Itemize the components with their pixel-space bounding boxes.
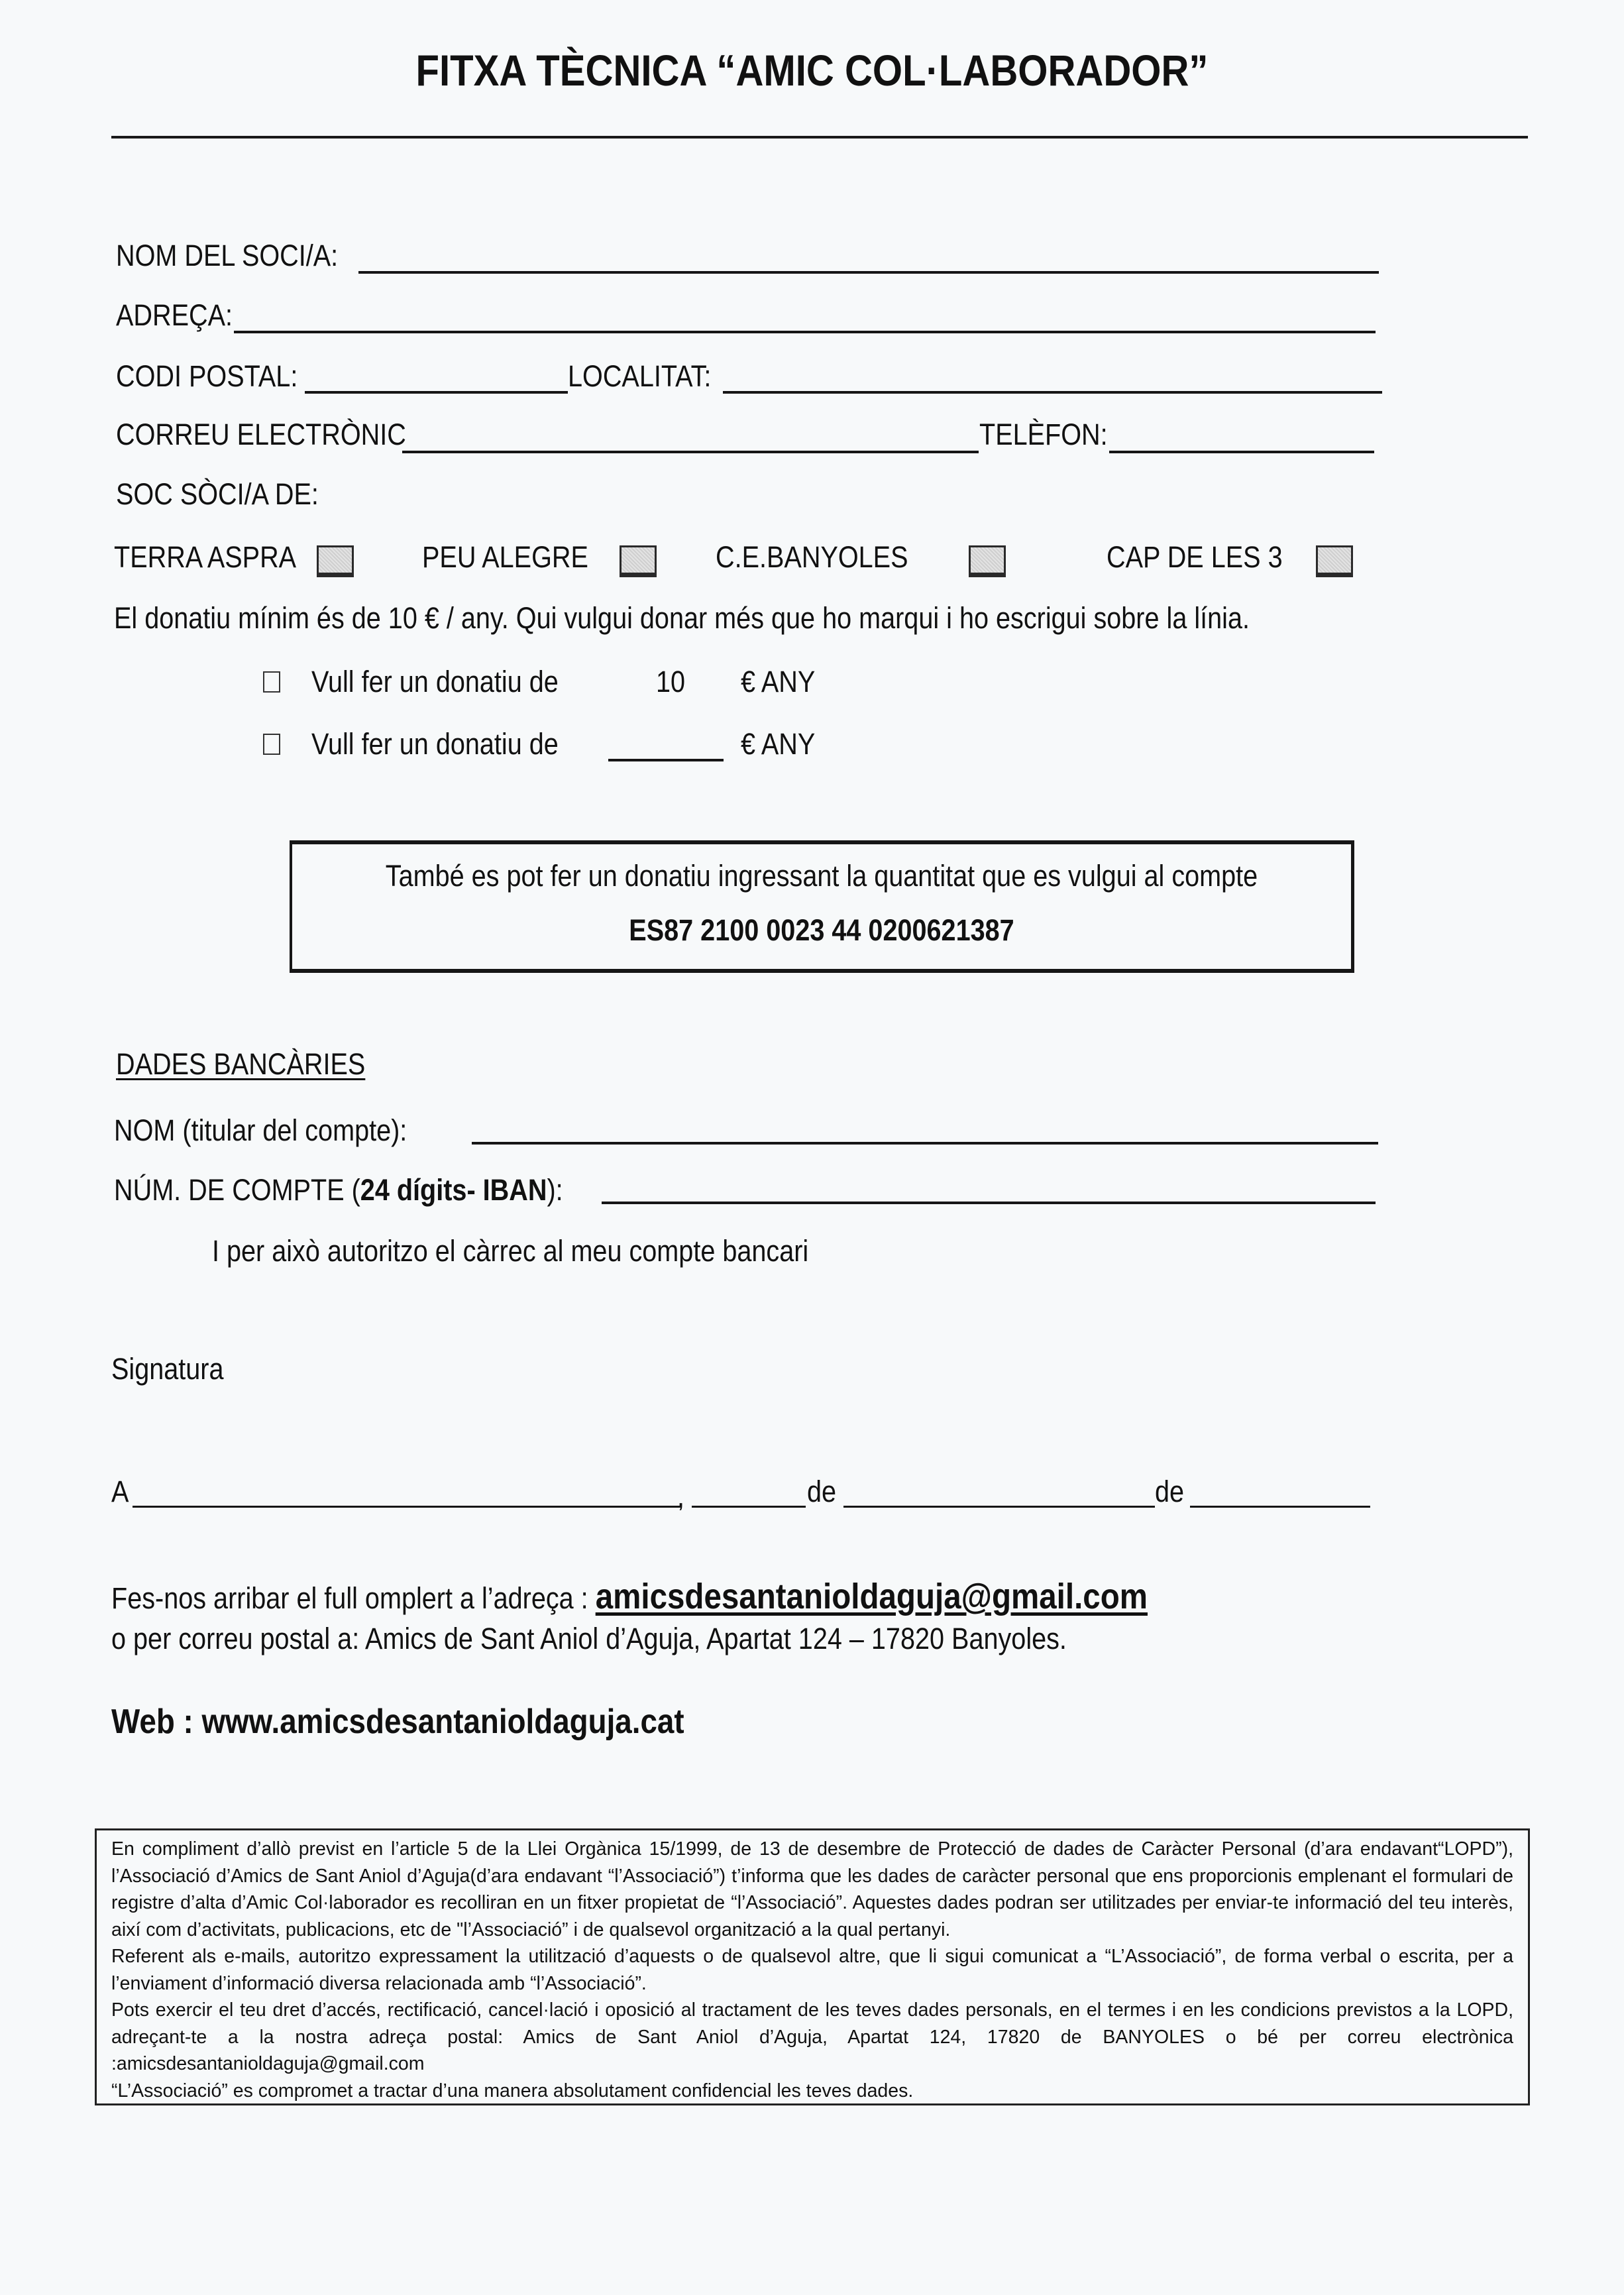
title-divider: [111, 136, 1528, 139]
transfer-info-box: També es pot fer un donatiu ingressant l…: [290, 840, 1354, 973]
address-field[interactable]: [234, 331, 1376, 333]
club-cap-de-les-3-label: CAP DE LES 3: [1107, 540, 1283, 575]
authorization-text: I per això autoritzo el càrrec al meu co…: [212, 1234, 808, 1268]
send-instructions: Fes-nos arribar el full omplert a l’adre…: [111, 1576, 1148, 1617]
contact-email-link[interactable]: amicsdesantanioldaguja@gmail.com: [596, 1577, 1148, 1616]
donation-option-2-suffix: € ANY: [741, 727, 815, 761]
place-field[interactable]: [133, 1506, 681, 1508]
phone-label: TELÈFON:: [979, 418, 1108, 452]
place-comma: ,: [677, 1479, 684, 1514]
club-peu-alegre-checkbox[interactable]: [620, 545, 657, 577]
transfer-info-text: També es pot fer un donatiu ingressant l…: [356, 859, 1287, 893]
month-field[interactable]: [843, 1506, 1155, 1508]
account-number-label-bold: 24 dígits- IBAN: [360, 1173, 547, 1207]
donation-option-1-checkbox[interactable]: [263, 671, 280, 693]
account-number-field[interactable]: [602, 1202, 1376, 1204]
address-label: ADREÇA:: [116, 298, 233, 333]
account-holder-label: NOM (titular del compte):: [114, 1113, 407, 1148]
account-number-label-prefix: NÚM. DE COMPTE (: [114, 1173, 360, 1207]
donation-option-1-label: Vull fer un donatiu de: [311, 665, 559, 699]
bank-data-heading: DADES BANCÀRIES: [116, 1047, 365, 1082]
email-label: CORREU ELECTRÒNIC: [116, 418, 406, 452]
postal-code-label: CODI POSTAL:: [116, 359, 298, 394]
donation-option-1-amount[interactable]: 10: [656, 665, 685, 699]
privacy-notice-paragraph-1: En compliment d’allò previst en l’articl…: [111, 1836, 1513, 1943]
postal-code-field[interactable]: [305, 391, 568, 394]
club-ce-banyoles-checkbox[interactable]: [969, 545, 1006, 577]
member-of-label: SOC SÒCI/A DE:: [116, 477, 319, 512]
member-name-label: NOM DEL SOCI/A:: [116, 239, 338, 273]
account-number-label: NÚM. DE COMPTE (24 dígits- IBAN):: [114, 1173, 563, 1207]
date-de-label-2: de: [1155, 1475, 1184, 1509]
locality-label: LOCALITAT:: [568, 359, 711, 394]
donation-option-2-checkbox[interactable]: [263, 734, 280, 755]
club-peu-alegre-label: PEU ALEGRE: [422, 540, 588, 575]
signature-label: Signatura: [111, 1352, 224, 1386]
donation-option-1-suffix: € ANY: [741, 665, 815, 699]
place-prefix-label: A: [111, 1475, 129, 1509]
transfer-iban: ES87 2100 0023 44 0200621387: [356, 913, 1287, 948]
year-field[interactable]: [1190, 1506, 1370, 1508]
privacy-notice-box: En compliment d’allò previst en l’articl…: [95, 1828, 1530, 2105]
postal-address-text: o per correu postal a: Amics de Sant Ani…: [111, 1622, 1067, 1656]
club-terra-aspra-checkbox[interactable]: [317, 545, 354, 577]
privacy-notice-paragraph-3: Pots exercir el teu dret d’accés, rectif…: [111, 1997, 1513, 2078]
website-label: Web :: [111, 1703, 201, 1741]
send-instructions-text: Fes-nos arribar el full omplert a l’adre…: [111, 1581, 596, 1615]
form-title: FITXA TÈCNICA “AMIC COL·LABORADOR”: [97, 45, 1527, 95]
day-field[interactable]: [692, 1506, 806, 1508]
phone-field[interactable]: [1109, 451, 1374, 453]
donation-notice: El donatiu mínim és de 10 € / any. Qui v…: [114, 601, 1250, 636]
privacy-notice-paragraph-4: “L’Associació” es compromet a tractar d’…: [111, 2078, 1513, 2105]
member-name-field[interactable]: [358, 271, 1379, 274]
website-line: Web : www.amicsdesantanioldaguja.cat: [111, 1702, 684, 1742]
account-holder-field[interactable]: [472, 1142, 1378, 1145]
club-terra-aspra-label: TERRA ASPRA: [114, 540, 296, 575]
date-de-label-1: de: [807, 1475, 836, 1509]
privacy-notice-paragraph-2: Referent als e-mails, autoritzo expressa…: [111, 1943, 1513, 1997]
donation-option-2-label: Vull fer un donatiu de: [311, 727, 559, 761]
email-field[interactable]: [402, 451, 979, 453]
account-number-label-suffix: ):: [547, 1173, 563, 1207]
website-link[interactable]: www.amicsdesantanioldaguja.cat: [201, 1703, 684, 1741]
club-cap-de-les-3-checkbox[interactable]: [1316, 545, 1353, 577]
donation-option-2-amount-field[interactable]: [608, 759, 724, 761]
locality-field[interactable]: [723, 391, 1382, 394]
club-ce-banyoles-label: C.E.BANYOLES: [716, 540, 908, 575]
